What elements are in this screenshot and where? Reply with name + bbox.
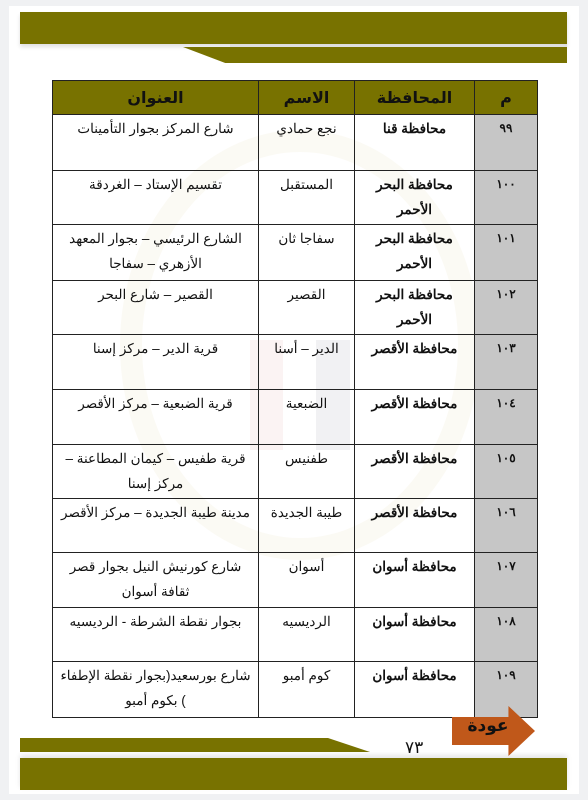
row-address: مدينة طيبة الجديدة – مركز الأقصر [53, 499, 259, 553]
row-governorate: محافظة الأقصر [355, 499, 475, 553]
header-decorative-strip [183, 47, 567, 63]
row-name: القصير [259, 281, 355, 335]
row-address: شارع المركز بجوار التأمينات [53, 115, 259, 171]
row-name: سفاجا ثان [259, 225, 355, 281]
table-header-row: م المحافظة الاسم العنوان [53, 81, 538, 115]
row-address: بجوار نقطة الشرطة - الرديسيه [53, 608, 259, 662]
row-address: القصير – شارع البحر [53, 281, 259, 335]
table-row: ١٠٣محافظة الأقصرالدير – أسناقرية الدير –… [53, 335, 538, 390]
row-governorate: محافظة الأقصر [355, 390, 475, 445]
locations-table: م المحافظة الاسم العنوان ٩٩محافظة قنانجع… [52, 80, 538, 718]
row-index: ١٠٤ [475, 390, 538, 445]
table-row: ١٠٧محافظة أسوانأسوانشارع كورنيش النيل بج… [53, 553, 538, 608]
header-index: م [475, 81, 538, 115]
row-name: كوم أمبو [259, 662, 355, 718]
row-index: ١٠٣ [475, 335, 538, 390]
footer-decorative-strip [20, 738, 370, 752]
row-address: قرية الضبعية – مركز الأقصر [53, 390, 259, 445]
table-row: ١٠٥محافظة الأقصرطفنيسقرية طفيس – كيمان ا… [53, 445, 538, 499]
row-index: ١٠٠ [475, 171, 538, 225]
row-governorate: محافظة أسوان [355, 553, 475, 608]
row-index: ١٠٢ [475, 281, 538, 335]
table-row: ١٠٨محافظة أسوانالرديسيهبجوار نقطة الشرطة… [53, 608, 538, 662]
row-name: الدير – أسنا [259, 335, 355, 390]
table-row: ١٠١محافظة البحر الأحمرسفاجا ثانالشارع ال… [53, 225, 538, 281]
row-governorate: محافظة البحر الأحمر [355, 171, 475, 225]
row-name: طفنيس [259, 445, 355, 499]
row-governorate: محافظة البحر الأحمر [355, 281, 475, 335]
table-row: ٩٩محافظة قنانجع حماديشارع المركز بجوار ا… [53, 115, 538, 171]
table-row: ١٠٤محافظة الأقصرالضبعيةقرية الضبعية – مر… [53, 390, 538, 445]
row-governorate: محافظة الأقصر [355, 445, 475, 499]
row-index: ١٠١ [475, 225, 538, 281]
table-body: ٩٩محافظة قنانجع حماديشارع المركز بجوار ا… [53, 115, 538, 718]
row-index: ١٠٦ [475, 499, 538, 553]
row-governorate: محافظة أسوان [355, 608, 475, 662]
row-address: قرية الدير – مركز إسنا [53, 335, 259, 390]
row-address: شارع بورسعيد(بجوار نقطة الإطفاء ) بكوم أ… [53, 662, 259, 718]
table-row: ١٠٢محافظة البحر الأحمرالقصيرالقصير – شار… [53, 281, 538, 335]
table-row: ١٠٠محافظة البحر الأحمرالمستقبلتقسيم الإس… [53, 171, 538, 225]
footer-decorative-band [20, 758, 567, 790]
row-governorate: محافظة البحر الأحمر [355, 225, 475, 281]
row-name: أسوان [259, 553, 355, 608]
page-number: ٧٣ [405, 738, 423, 758]
row-name: المستقبل [259, 171, 355, 225]
row-address: تقسيم الإستاد – الغردقة [53, 171, 259, 225]
row-name: نجع حمادي [259, 115, 355, 171]
back-button[interactable]: عودة [452, 706, 535, 756]
row-index: ١٠٥ [475, 445, 538, 499]
row-index: ٩٩ [475, 115, 538, 171]
table-row: ١٠٦محافظة الأقصرطيبة الجديدةمدينة طيبة ا… [53, 499, 538, 553]
row-address: شارع كورنيش النيل بجوار قصر ثقافة أسوان [53, 553, 259, 608]
row-index: ١٠٧ [475, 553, 538, 608]
row-index: ١٠٨ [475, 608, 538, 662]
back-button-label: عودة [458, 716, 518, 736]
row-governorate: محافظة الأقصر [355, 335, 475, 390]
row-name: الضبعية [259, 390, 355, 445]
row-address: الشارع الرئيسي – بجوار المعهد الأزهري – … [53, 225, 259, 281]
header-name: الاسم [259, 81, 355, 115]
header-address: العنوان [53, 81, 259, 115]
row-address: قرية طفيس – كيمان المطاعنة – مركز إسنا [53, 445, 259, 499]
row-governorate: محافظة قنا [355, 115, 475, 171]
row-name: طيبة الجديدة [259, 499, 355, 553]
header-decorative-band [20, 12, 567, 44]
row-name: الرديسيه [259, 608, 355, 662]
header-governorate: المحافظة [355, 81, 475, 115]
